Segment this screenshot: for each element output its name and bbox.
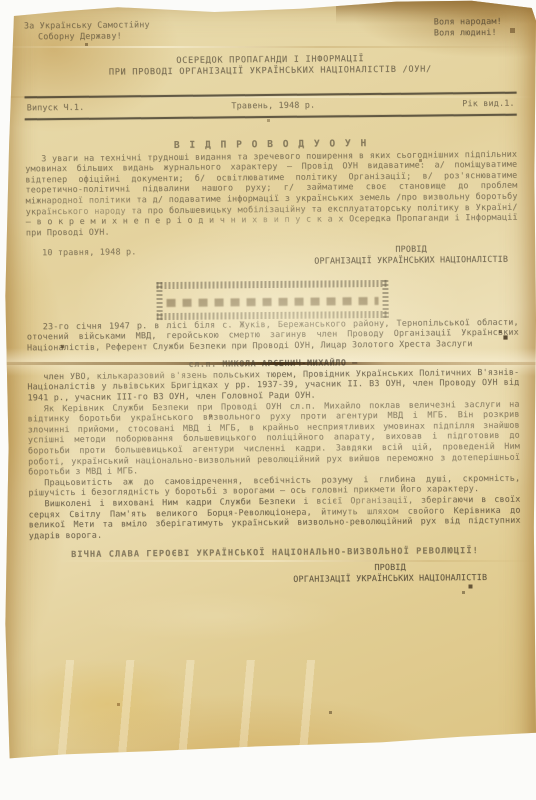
slogan-left-line2: Соборну Державу! [24,30,150,42]
issue-year: Рік вид.1. [462,98,515,109]
framed-title-box [156,279,388,319]
illegible-framed-text [167,296,379,306]
masthead-title: ОСЕРЕДОК ПРОПАГАНДИ І ІНФОРМАЦІЇ ПРИ ПРО… [24,53,516,79]
frame-border-left [156,282,162,320]
photo-background: За Українську Самостійну Соборну Державу… [0,0,536,800]
paragraph-obituary: 23-го січня 1947 р. в лісі біля с. Жуків… [27,316,519,353]
dateline: 10 травня, 1948 р. [26,247,137,269]
slogan-left-line1: За Українську Самостійну [24,19,150,31]
signature-top-line2: ОРГАНІЗАЦІЇ УКРАЇНСЬКИХ НАЦІОНАЛІСТІВ [314,254,508,266]
frame-border-top [156,279,388,288]
paragraph-biography: член УВО, кількаразовий в'язень польськи… [27,367,519,404]
masthead-slogans: За Українську Самостійну Соборну Державу… [24,16,516,42]
frame-border-right [382,279,388,317]
slogan-right: Воля народам! Воля людині! [434,16,516,38]
typewritten-content: За Українську Самостійну Соборну Державу… [24,16,521,587]
document-paper: За Українську Самостійну Соборну Державу… [0,0,536,800]
ink-speckles [0,0,1,1]
dateline-signature-row: 10 травня, 1948 р. ПРОВІД ОРГАНІЗАЦІЇ УК… [26,243,518,269]
final-slogan: ВІЧНА СЛАВА ГЕРОЄВІ УКРАЇНСЬКОЇ НАЦІОНАЛ… [29,546,521,561]
slogan-left: За Українську Самостійну Соборну Державу… [24,19,150,41]
issue-number: Випуск Ч.1. [27,102,85,113]
signature-bottom-line2: ОРГАНІЗАЦІЇ УКРАЇНСЬКИХ НАЦІОНАЛІСТІВ [259,571,521,584]
paragraph-legacy: Вишколені і виховані Ним кадри Служби Бе… [28,494,520,541]
paragraph-merits: Як Керівник Служби Безпеки при Проводі О… [28,398,521,477]
slogan-right-line1: Воля народам! [434,16,502,27]
issue-row: Випуск Ч.1. Травень, 1948 р. Рік вид.1. [25,94,517,116]
signature-block-top: ПРОВІД ОРГАНІЗАЦІЇ УКРАЇНСЬКИХ НАЦІОНАЛІ… [314,243,518,266]
paper-streaks [40,660,340,755]
slogan-right-line2: Воля людині! [434,26,502,37]
issue-date: Травень, 1948 р. [231,100,315,111]
signature-block-bottom: ПРОВІД ОРГАНІЗАЦІЇ УКРАЇНСЬКИХ НАЦІОНАЛІ… [259,561,521,585]
paragraph-intro: З уваги на технічні трудноші видання та … [25,148,518,237]
